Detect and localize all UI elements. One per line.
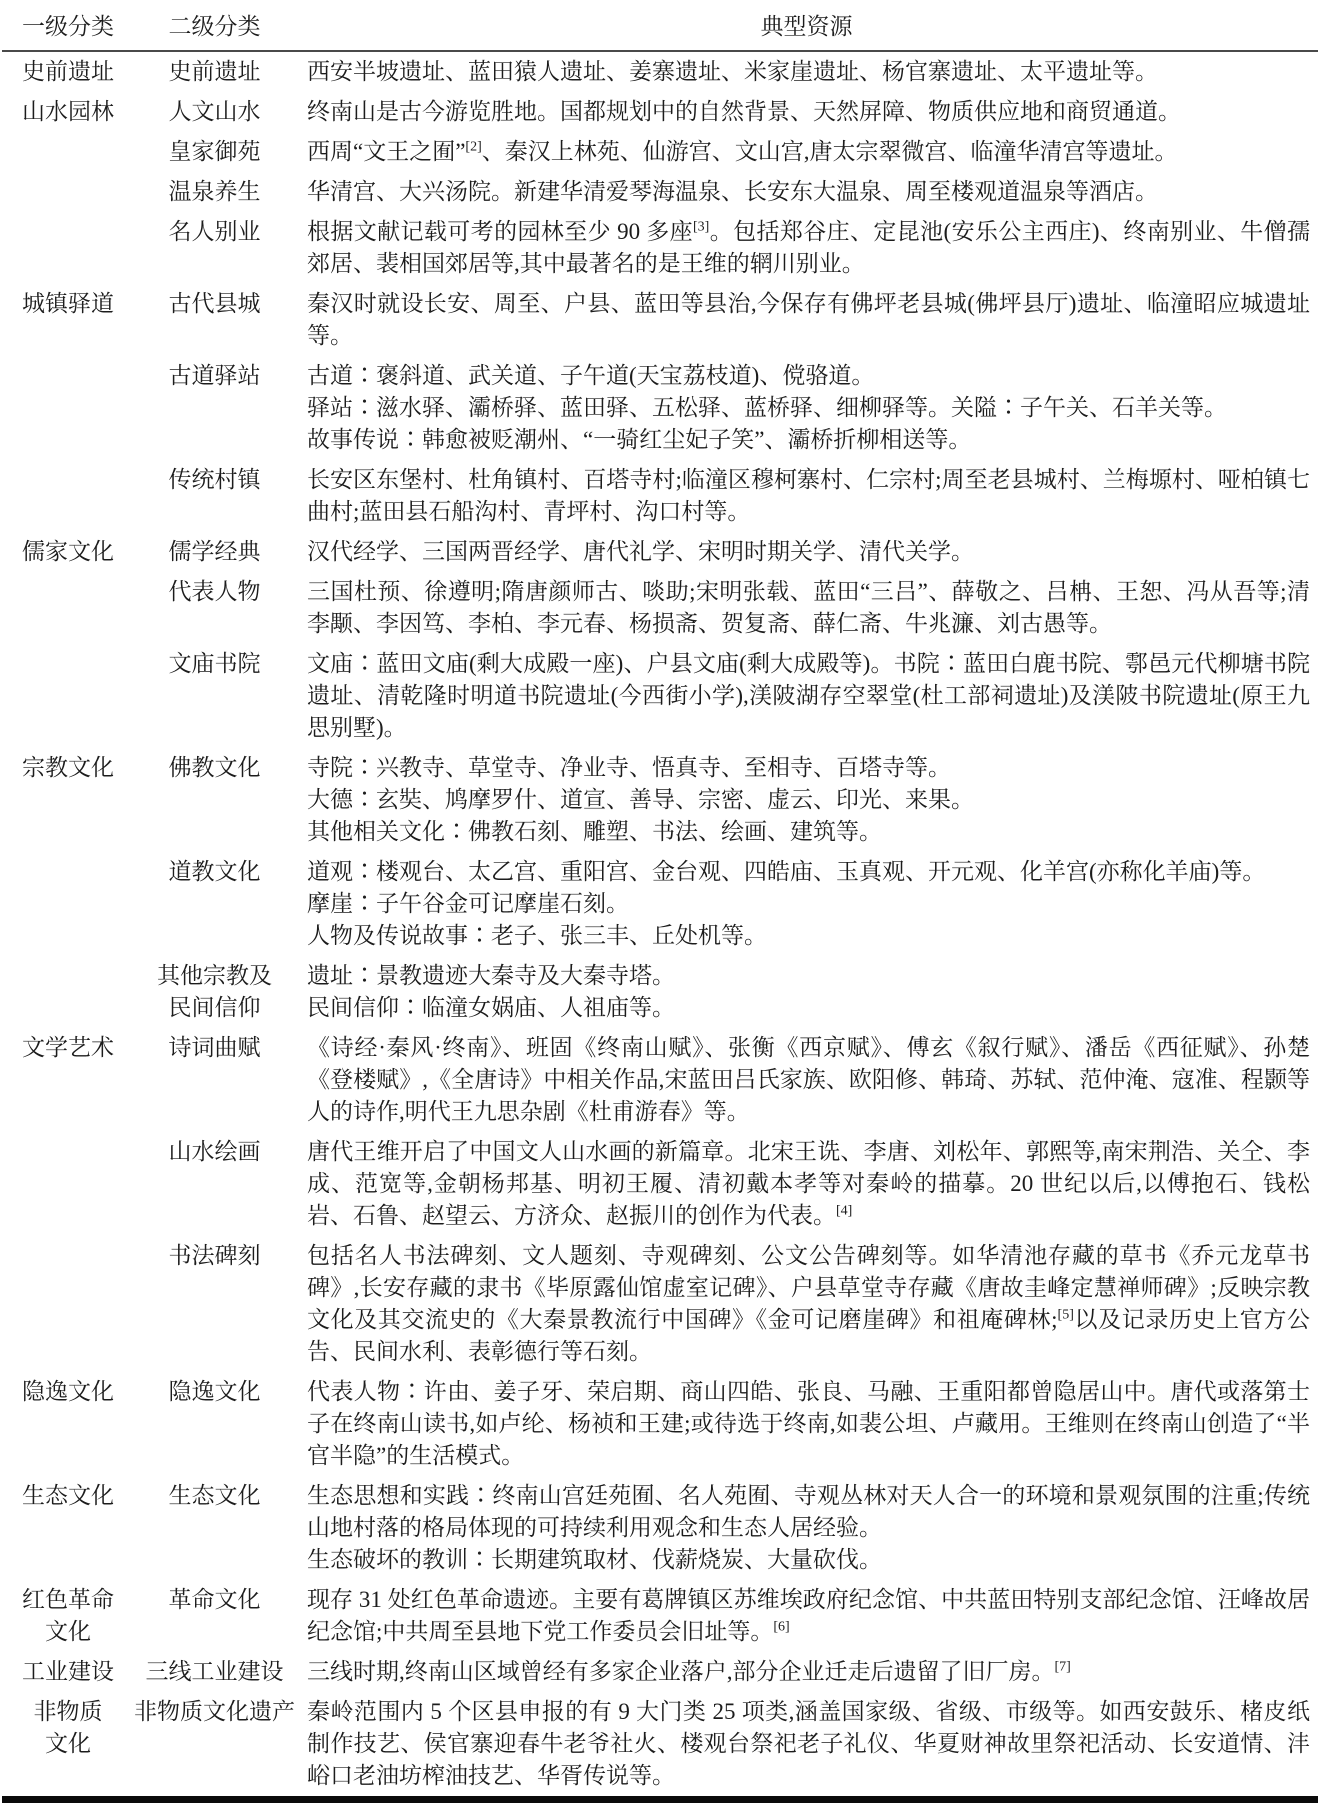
table-header: 一级分类 二级分类 典型资源 [2, 2, 1318, 51]
label-line: 书法碑刻 [134, 1240, 295, 1272]
table-row: 古道驿站古道∶褒斜道、武关道、子午道(天宝荔枝道)、傥骆道。驿站∶滋水驿、灞桥驿… [2, 356, 1318, 460]
level2-cell: 儒学经典 [134, 532, 295, 572]
resources-cell: 包括名人书法碑刻、文人题刻、寺观碑刻、公文公告碑刻等。如华清池存藏的草书《乔元龙… [295, 1236, 1318, 1372]
level1-cell: 城镇驿道 [2, 284, 134, 356]
resource-line: 遗址∶景教遗迹大秦寺及大秦寺塔。 [307, 960, 1310, 992]
label-line: 传统村镇 [134, 464, 295, 496]
label-line: 文学艺术 [2, 1032, 134, 1064]
label-line: 代表人物 [134, 576, 295, 608]
level1-cell [2, 172, 134, 212]
table-row: 温泉养生华清宫、大兴汤院。新建华清爱琴海温泉、长安东大温泉、周至楼观道温泉等酒店… [2, 172, 1318, 212]
level1-cell [2, 460, 134, 532]
resources-cell: 《诗经·秦风·终南》、班固《终南山赋》、张衡《西京赋》、傅玄《叙行赋》、潘岳《西… [295, 1028, 1318, 1132]
table-row: 皇家御苑西周“文王之囿”[2]、秦汉上林苑、仙游宫、文山宫,唐太宗翠微宫、临潼华… [2, 132, 1318, 172]
level1-cell [2, 356, 134, 460]
label-line: 温泉养生 [134, 176, 295, 208]
level1-cell [2, 956, 134, 1028]
label-line: 宗教文化 [2, 752, 134, 784]
resources-cell: 终南山是古今游览胜地。国都规划中的自然背景、天然屏障、物质供应地和商贸通道。 [295, 92, 1318, 132]
citation-ref: [5] [1058, 1307, 1074, 1322]
level2-cell: 道教文化 [134, 852, 295, 956]
table-row: 隐逸文化隐逸文化代表人物∶许由、姜子牙、荣启期、商山四皓、张良、马融、王重阳都曾… [2, 1372, 1318, 1476]
table-row: 书法碑刻包括名人书法碑刻、文人题刻、寺观碑刻、公文公告碑刻等。如华清池存藏的草书… [2, 1236, 1318, 1372]
resource-line: 生态破坏的教训∶长期建筑取材、伐薪烧炭、大量砍伐。 [307, 1544, 1310, 1576]
level2-cell: 古代县城 [134, 284, 295, 356]
resource-line: 汉代经学、三国两晋经学、唐代礼学、宋明时期关学、清代关学。 [307, 536, 1310, 568]
resources-cell: 寺院∶兴教寺、草堂寺、净业寺、悟真寺、至相寺、百塔寺等。大德∶玄奘、鸠摩罗什、道… [295, 748, 1318, 852]
resource-line: 文庙∶蓝田文庙(剩大成殿一座)、户县文庙(剩大成殿等)。书院∶蓝田白鹿书院、鄠邑… [307, 648, 1310, 744]
resource-line: 三国杜预、徐遵明;隋唐颜师古、啖助;宋明张载、蓝田“三吕”、薛敬之、吕柟、王恕、… [307, 576, 1310, 640]
level1-cell [2, 644, 134, 748]
level2-cell: 诗词曲赋 [134, 1028, 295, 1132]
resource-line: 人物及传说故事∶老子、张三丰、丘处机等。 [307, 920, 1310, 952]
resources-cell: 汉代经学、三国两晋经学、唐代礼学、宋明时期关学、清代关学。 [295, 532, 1318, 572]
level2-cell: 生态文化 [134, 1476, 295, 1580]
level2-cell: 隐逸文化 [134, 1372, 295, 1476]
table-row: 其他宗教及民间信仰遗址∶景教遗迹大秦寺及大秦寺塔。民间信仰∶临潼女娲庙、人祖庙等… [2, 956, 1318, 1028]
resource-line: 摩崖∶子午谷金可记摩崖石刻。 [307, 888, 1310, 920]
resources-cell: 三线时期,终南山区域曾经有多家企业落户,部分企业迁走后遗留了旧厂房。[7] [295, 1652, 1318, 1692]
level2-cell: 非物质文化遗产 [134, 1692, 295, 1800]
label-line: 道教文化 [134, 856, 295, 888]
resources-cell: 根据文献记载可考的园林至少 90 多座[3]。包括郑谷庄、定昆池(安乐公主西庄)… [295, 212, 1318, 284]
header-level1: 一级分类 [2, 2, 134, 51]
table-row: 文庙书院文庙∶蓝田文庙(剩大成殿一座)、户县文庙(剩大成殿等)。书院∶蓝田白鹿书… [2, 644, 1318, 748]
resources-cell: 道观∶楼观台、太乙宫、重阳宫、金台观、四皓庙、玉真观、开元观、化羊宫(亦称化羊庙… [295, 852, 1318, 956]
resource-classification-table: 一级分类 二级分类 典型资源 史前遗址史前遗址西安半坡遗址、蓝田猿人遗址、姜寨遗… [2, 2, 1318, 1803]
resources-cell: 西周“文王之囿”[2]、秦汉上林苑、仙游宫、文山宫,唐太宗翠微宫、临潼华清宫等遗… [295, 132, 1318, 172]
level2-cell: 人文山水 [134, 92, 295, 132]
label-line: 城镇驿道 [2, 288, 134, 320]
citation-ref: [3] [693, 219, 709, 234]
resource-line: 三线时期,终南山区域曾经有多家企业落户,部分企业迁走后遗留了旧厂房。[7] [307, 1656, 1310, 1688]
resource-line: 终南山是古今游览胜地。国都规划中的自然背景、天然屏障、物质供应地和商贸通道。 [307, 96, 1310, 128]
level1-cell: 非物质文化 [2, 1692, 134, 1800]
label-line: 隐逸文化 [2, 1376, 134, 1408]
label-line: 皇家御苑 [134, 136, 295, 168]
level2-cell: 其他宗教及民间信仰 [134, 956, 295, 1028]
level1-cell: 生态文化 [2, 1476, 134, 1580]
resources-cell: 古道∶褒斜道、武关道、子午道(天宝荔枝道)、傥骆道。驿站∶滋水驿、灞桥驿、蓝田驿… [295, 356, 1318, 460]
resources-cell: 生态思想和实践∶终南山宫廷苑囿、名人苑囿、寺观丛林对天人合一的环境和景观氛围的注… [295, 1476, 1318, 1580]
label-line: 儒学经典 [134, 536, 295, 568]
resource-line: 代表人物∶许由、姜子牙、荣启期、商山四皓、张良、马融、王重阳都曾隐居山中。唐代或… [307, 1376, 1310, 1472]
level2-cell: 名人别业 [134, 212, 295, 284]
resource-line: 华清宫、大兴汤院。新建华清爱琴海温泉、长安东大温泉、周至楼观道温泉等酒店。 [307, 176, 1310, 208]
level2-cell: 书法碑刻 [134, 1236, 295, 1372]
table-row: 工业建设三线工业建设三线时期,终南山区域曾经有多家企业落户,部分企业迁走后遗留了… [2, 1652, 1318, 1692]
resources-cell: 秦汉时就设长安、周至、户县、蓝田等县治,今保存有佛坪老县城(佛坪县厅)遗址、临潼… [295, 284, 1318, 356]
level2-cell: 温泉养生 [134, 172, 295, 212]
resource-line: 大德∶玄奘、鸠摩罗什、道宣、善导、宗密、虚云、印光、来果。 [307, 784, 1310, 816]
table-row: 名人别业根据文献记载可考的园林至少 90 多座[3]。包括郑谷庄、定昆池(安乐公… [2, 212, 1318, 284]
resource-line: 唐代王维开启了中国文人山水画的新篇章。北宋王诜、李唐、刘松年、郭熙等,南宋荆浩、… [307, 1136, 1310, 1232]
table-row: 宗教文化佛教文化寺院∶兴教寺、草堂寺、净业寺、悟真寺、至相寺、百塔寺等。大德∶玄… [2, 748, 1318, 852]
resource-line: 现存 31 处红色革命遗迹。主要有葛牌镇区苏维埃政府纪念馆、中共蓝田特别支部纪念… [307, 1584, 1310, 1648]
resource-line: 秦汉时就设长安、周至、户县、蓝田等县治,今保存有佛坪老县城(佛坪县厅)遗址、临潼… [307, 288, 1310, 352]
level1-cell [2, 132, 134, 172]
resources-cell: 代表人物∶许由、姜子牙、荣启期、商山四皓、张良、马融、王重阳都曾隐居山中。唐代或… [295, 1372, 1318, 1476]
label-line: 工业建设 [2, 1656, 134, 1688]
label-line: 山水绘画 [134, 1136, 295, 1168]
citation-ref: [7] [1055, 1659, 1071, 1674]
table-row: 代表人物三国杜预、徐遵明;隋唐颜师古、啖助;宋明张载、蓝田“三吕”、薛敬之、吕柟… [2, 572, 1318, 644]
resources-cell: 秦岭范围内 5 个区县申报的有 9 大门类 25 项类,涵盖国家级、省级、市级等… [295, 1692, 1318, 1800]
level1-cell [2, 852, 134, 956]
table-row: 城镇驿道古代县城秦汉时就设长安、周至、户县、蓝田等县治,今保存有佛坪老县城(佛坪… [2, 284, 1318, 356]
label-line: 人文山水 [134, 96, 295, 128]
resource-line: 驿站∶滋水驿、灞桥驿、蓝田驿、五松驿、蓝桥驿、细柳驿等。关隘∶子午关、石羊关等。 [307, 392, 1310, 424]
label-line: 生态文化 [2, 1480, 134, 1512]
label-line: 佛教文化 [134, 752, 295, 784]
label-line: 其他宗教及 [134, 960, 295, 992]
label-line: 文化 [2, 1616, 134, 1648]
resource-line: 寺院∶兴教寺、草堂寺、净业寺、悟真寺、至相寺、百塔寺等。 [307, 752, 1310, 784]
table-row: 儒家文化儒学经典汉代经学、三国两晋经学、唐代礼学、宋明时期关学、清代关学。 [2, 532, 1318, 572]
label-line: 山水园林 [2, 96, 134, 128]
level2-cell: 古道驿站 [134, 356, 295, 460]
table-row: 史前遗址史前遗址西安半坡遗址、蓝田猿人遗址、姜寨遗址、米家崖遗址、杨官寨遗址、太… [2, 51, 1318, 92]
resources-cell: 长安区东堡村、杜角镇村、百塔寺村;临潼区穆柯寨村、仁宗村;周至老县城村、兰梅塬村… [295, 460, 1318, 532]
resources-cell: 唐代王维开启了中国文人山水画的新篇章。北宋王诜、李唐、刘松年、郭熙等,南宋荆浩、… [295, 1132, 1318, 1236]
header-resources: 典型资源 [295, 2, 1318, 51]
level2-cell: 传统村镇 [134, 460, 295, 532]
label-line: 非物质文化遗产 [134, 1696, 295, 1728]
table-row: 道教文化道观∶楼观台、太乙宫、重阳宫、金台观、四皓庙、玉真观、开元观、化羊宫(亦… [2, 852, 1318, 956]
header-row: 一级分类 二级分类 典型资源 [2, 2, 1318, 51]
resources-cell: 华清宫、大兴汤院。新建华清爱琴海温泉、长安东大温泉、周至楼观道温泉等酒店。 [295, 172, 1318, 212]
level2-cell: 三线工业建设 [134, 1652, 295, 1692]
resource-line: 民间信仰∶临潼女娲庙、人祖庙等。 [307, 992, 1310, 1024]
resource-line: 包括名人书法碑刻、文人题刻、寺观碑刻、公文公告碑刻等。如华清池存藏的草书《乔元龙… [307, 1240, 1310, 1368]
resource-line: 《诗经·秦风·终南》、班固《终南山赋》、张衡《西京赋》、傅玄《叙行赋》、潘岳《西… [307, 1032, 1310, 1128]
level1-cell: 史前遗址 [2, 51, 134, 92]
table-row: 红色革命文化革命文化现存 31 处红色革命遗迹。主要有葛牌镇区苏维埃政府纪念馆、… [2, 1580, 1318, 1652]
resources-cell: 现存 31 处红色革命遗迹。主要有葛牌镇区苏维埃政府纪念馆、中共蓝田特别支部纪念… [295, 1580, 1318, 1652]
label-line: 诗词曲赋 [134, 1032, 295, 1064]
resource-line: 长安区东堡村、杜角镇村、百塔寺村;临潼区穆柯寨村、仁宗村;周至老县城村、兰梅塬村… [307, 464, 1310, 528]
level1-cell: 工业建设 [2, 1652, 134, 1692]
label-line: 史前遗址 [134, 56, 295, 88]
label-line: 生态文化 [134, 1480, 295, 1512]
resource-line: 秦岭范围内 5 个区县申报的有 9 大门类 25 项类,涵盖国家级、省级、市级等… [307, 1696, 1310, 1792]
label-line: 名人别业 [134, 216, 295, 248]
table-row: 山水园林人文山水终南山是古今游览胜地。国都规划中的自然背景、天然屏障、物质供应地… [2, 92, 1318, 132]
label-line: 古道驿站 [134, 360, 295, 392]
level1-cell: 文学艺术 [2, 1028, 134, 1132]
table-row: 文学艺术诗词曲赋《诗经·秦风·终南》、班固《终南山赋》、张衡《西京赋》、傅玄《叙… [2, 1028, 1318, 1132]
resource-line: 古道∶褒斜道、武关道、子午道(天宝荔枝道)、傥骆道。 [307, 360, 1310, 392]
resource-line: 故事传说∶韩愈被贬潮州、“一骑红尘妃子笑”、灞桥折柳相送等。 [307, 424, 1310, 456]
level1-cell: 山水园林 [2, 92, 134, 132]
resources-cell: 西安半坡遗址、蓝田猿人遗址、姜寨遗址、米家崖遗址、杨官寨遗址、太平遗址等。 [295, 51, 1318, 92]
level1-cell: 儒家文化 [2, 532, 134, 572]
resources-cell: 文庙∶蓝田文庙(剩大成殿一座)、户县文庙(剩大成殿等)。书院∶蓝田白鹿书院、鄠邑… [295, 644, 1318, 748]
label-line: 文化 [2, 1728, 134, 1760]
resources-cell: 遗址∶景教遗迹大秦寺及大秦寺塔。民间信仰∶临潼女娲庙、人祖庙等。 [295, 956, 1318, 1028]
level2-cell: 文庙书院 [134, 644, 295, 748]
level2-cell: 代表人物 [134, 572, 295, 644]
resource-line: 生态思想和实践∶终南山宫廷苑囿、名人苑囿、寺观丛林对天人合一的环境和景观氛围的注… [307, 1480, 1310, 1544]
label-line: 非物质 [2, 1696, 134, 1728]
label-line: 隐逸文化 [134, 1376, 295, 1408]
level2-cell: 皇家御苑 [134, 132, 295, 172]
resource-line: 西安半坡遗址、蓝田猿人遗址、姜寨遗址、米家崖遗址、杨官寨遗址、太平遗址等。 [307, 56, 1310, 88]
level1-cell [2, 1132, 134, 1236]
label-line: 文庙书院 [134, 648, 295, 680]
label-line: 民间信仰 [134, 992, 295, 1024]
paper-table-page: 一级分类 二级分类 典型资源 史前遗址史前遗址西安半坡遗址、蓝田猿人遗址、姜寨遗… [0, 0, 1320, 1803]
citation-ref: [6] [773, 1619, 789, 1634]
label-line: 儒家文化 [2, 536, 134, 568]
table-body: 史前遗址史前遗址西安半坡遗址、蓝田猿人遗址、姜寨遗址、米家崖遗址、杨官寨遗址、太… [2, 51, 1318, 1800]
resource-line: 根据文献记载可考的园林至少 90 多座[3]。包括郑谷庄、定昆池(安乐公主西庄)… [307, 216, 1310, 280]
citation-ref: [2] [465, 139, 481, 154]
table-row: 非物质文化非物质文化遗产秦岭范围内 5 个区县申报的有 9 大门类 25 项类,… [2, 1692, 1318, 1800]
resource-line: 西周“文王之囿”[2]、秦汉上林苑、仙游宫、文山宫,唐太宗翠微宫、临潼华清宫等遗… [307, 136, 1310, 168]
level1-cell: 隐逸文化 [2, 1372, 134, 1476]
label-line: 史前遗址 [2, 56, 134, 88]
level1-cell [2, 1236, 134, 1372]
resources-cell: 三国杜预、徐遵明;隋唐颜师古、啖助;宋明张载、蓝田“三吕”、薛敬之、吕柟、王恕、… [295, 572, 1318, 644]
table-row: 传统村镇长安区东堡村、杜角镇村、百塔寺村;临潼区穆柯寨村、仁宗村;周至老县城村、… [2, 460, 1318, 532]
level1-cell [2, 212, 134, 284]
table-row: 生态文化生态文化生态思想和实践∶终南山宫廷苑囿、名人苑囿、寺观丛林对天人合一的环… [2, 1476, 1318, 1580]
level1-cell: 宗教文化 [2, 748, 134, 852]
level2-cell: 山水绘画 [134, 1132, 295, 1236]
table-row: 山水绘画唐代王维开启了中国文人山水画的新篇章。北宋王诜、李唐、刘松年、郭熙等,南… [2, 1132, 1318, 1236]
label-line: 革命文化 [134, 1584, 295, 1616]
resource-line: 其他相关文化∶佛教石刻、雕塑、书法、绘画、建筑等。 [307, 816, 1310, 848]
level2-cell: 史前遗址 [134, 51, 295, 92]
label-line: 古代县城 [134, 288, 295, 320]
resource-line: 道观∶楼观台、太乙宫、重阳宫、金台观、四皓庙、玉真观、开元观、化羊宫(亦称化羊庙… [307, 856, 1310, 888]
label-line: 三线工业建设 [134, 1656, 295, 1688]
level2-cell: 佛教文化 [134, 748, 295, 852]
level1-cell: 红色革命文化 [2, 1580, 134, 1652]
label-line: 红色革命 [2, 1584, 134, 1616]
level2-cell: 革命文化 [134, 1580, 295, 1652]
citation-ref: [4] [836, 1203, 852, 1218]
level1-cell [2, 572, 134, 644]
header-level2: 二级分类 [134, 2, 295, 51]
